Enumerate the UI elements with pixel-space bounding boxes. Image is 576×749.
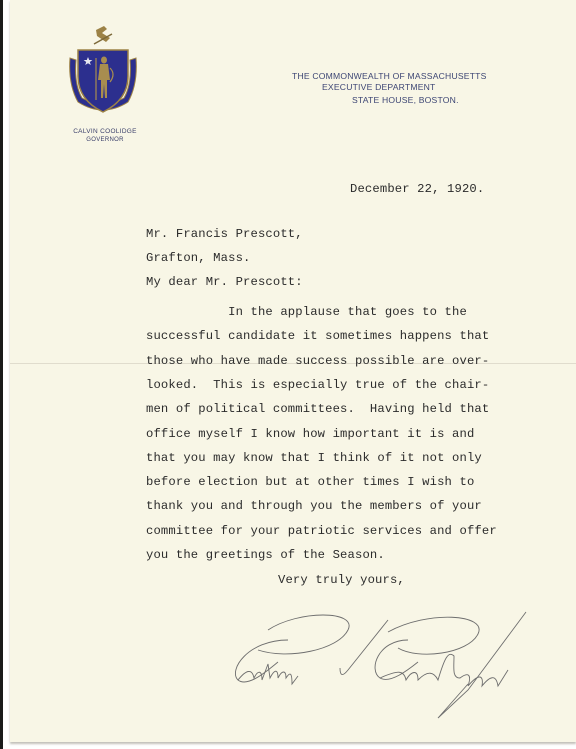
governor-name: CALVIN COOLIDGE [60, 128, 150, 136]
body-line: those who have made success possible are… [146, 354, 489, 368]
scan-edge [0, 0, 3, 749]
body-line: that you may know that I think of it not… [146, 451, 482, 465]
letterhead-line-2: EXECUTIVE DEPARTMENT [322, 82, 436, 92]
body-line: you the greetings of the Season. [146, 548, 385, 562]
massachusetts-seal-icon [66, 24, 140, 124]
governor-title: GOVERNOR [60, 136, 150, 144]
body-line: thank you and through you the members of… [146, 499, 482, 513]
signature [228, 600, 548, 725]
body-line: committee for your patriotic services an… [146, 524, 497, 538]
body-line: men of political committees. Having held… [146, 402, 489, 416]
closing: Very truly yours, [278, 573, 405, 587]
salutation: My dear Mr. Prescott: [146, 275, 303, 289]
letterhead-line-1: THE COMMONWEALTH OF MASSACHUSETTS [292, 71, 487, 81]
letter-date: December 22, 1920. [350, 182, 484, 196]
body-line: successful candidate it sometimes happen… [146, 329, 489, 343]
body-line: In the applause that goes to the [146, 305, 467, 319]
governor-block: CALVIN COOLIDGE GOVERNOR [60, 128, 150, 144]
body-line: office myself I know how important it is… [146, 427, 474, 441]
letterhead-line-3: STATE HOUSE, BOSTON. [352, 95, 459, 105]
body-line: looked. This is especially true of the c… [146, 378, 489, 392]
recipient-address: Grafton, Mass. [146, 251, 251, 265]
recipient-name: Mr. Francis Prescott, [146, 227, 303, 241]
body-line: before election but at other times I wis… [146, 475, 474, 489]
